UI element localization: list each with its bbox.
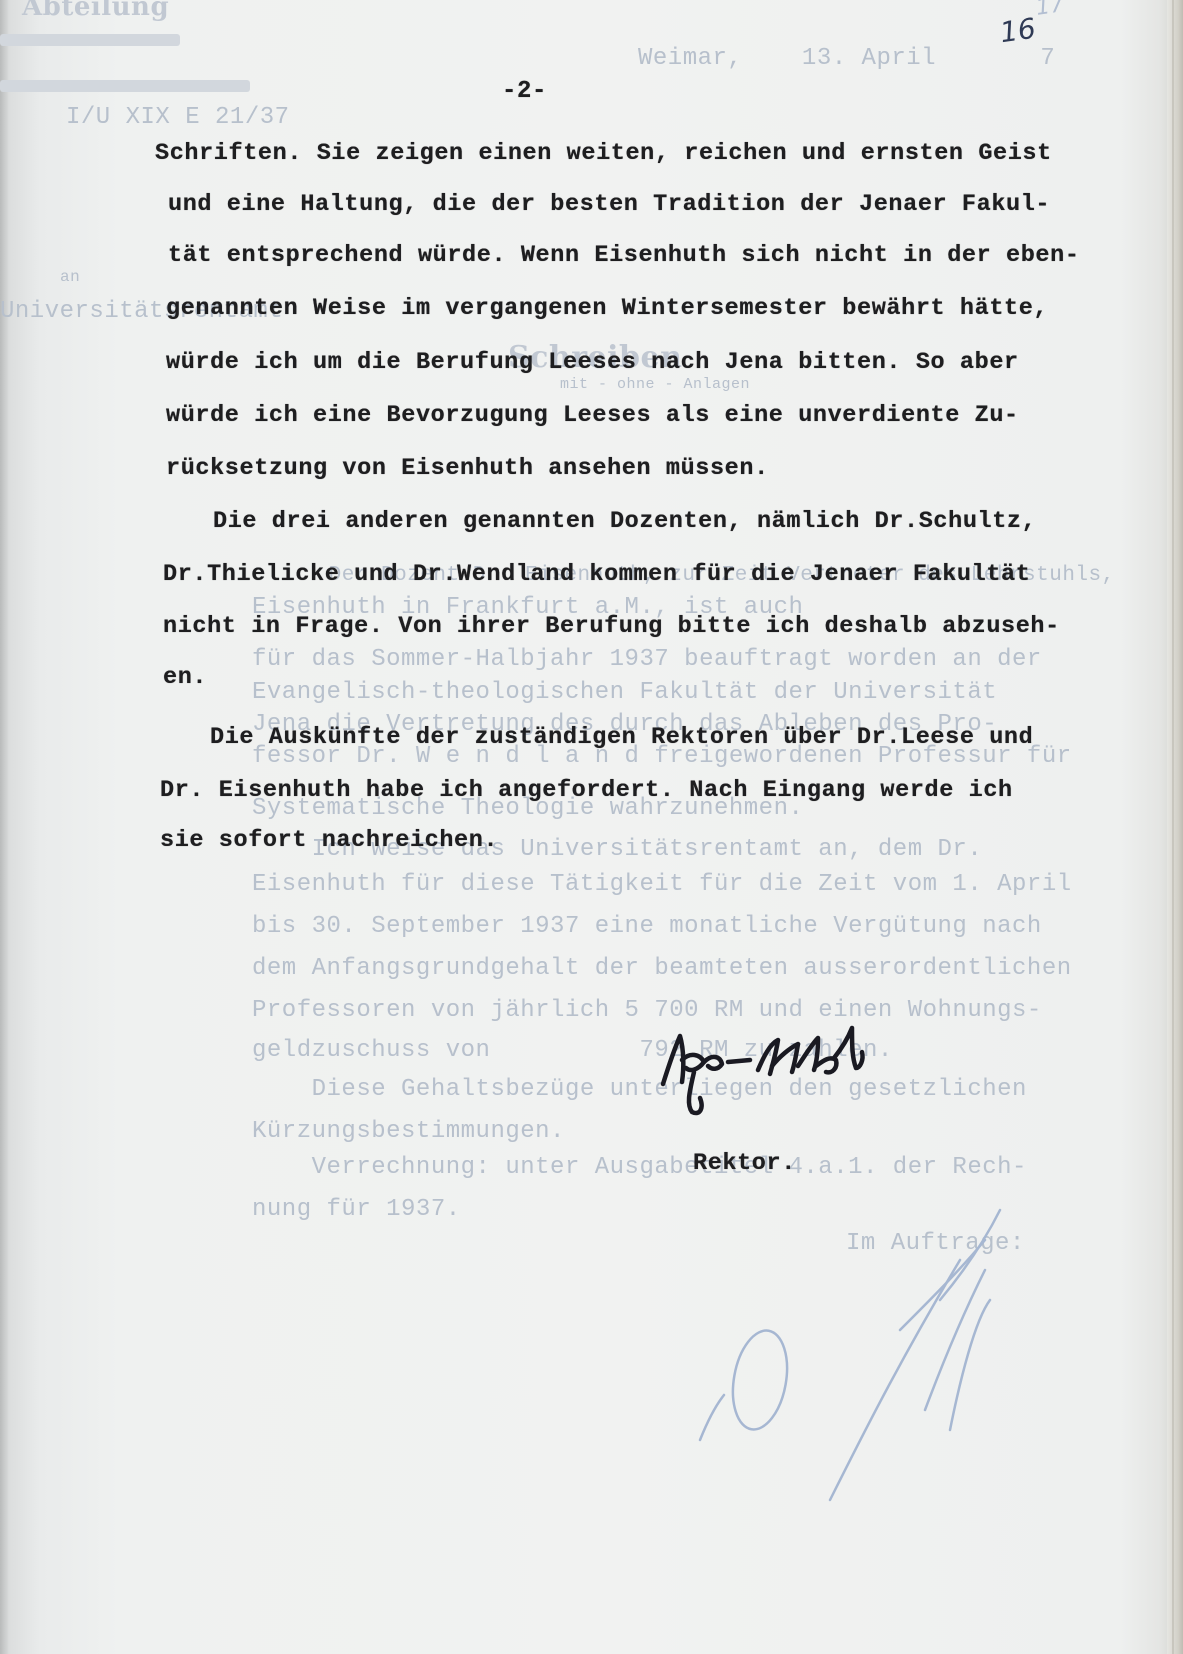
signature-mark [663, 1028, 863, 1113]
signature-title: Rektor. [693, 1150, 796, 1177]
document-page: Abteilung Weimar, 13. April 7 I/U XIX E … [0, 0, 1183, 1654]
handwriting-layer [0, 0, 1183, 1654]
pencil-marks [700, 1210, 1000, 1500]
